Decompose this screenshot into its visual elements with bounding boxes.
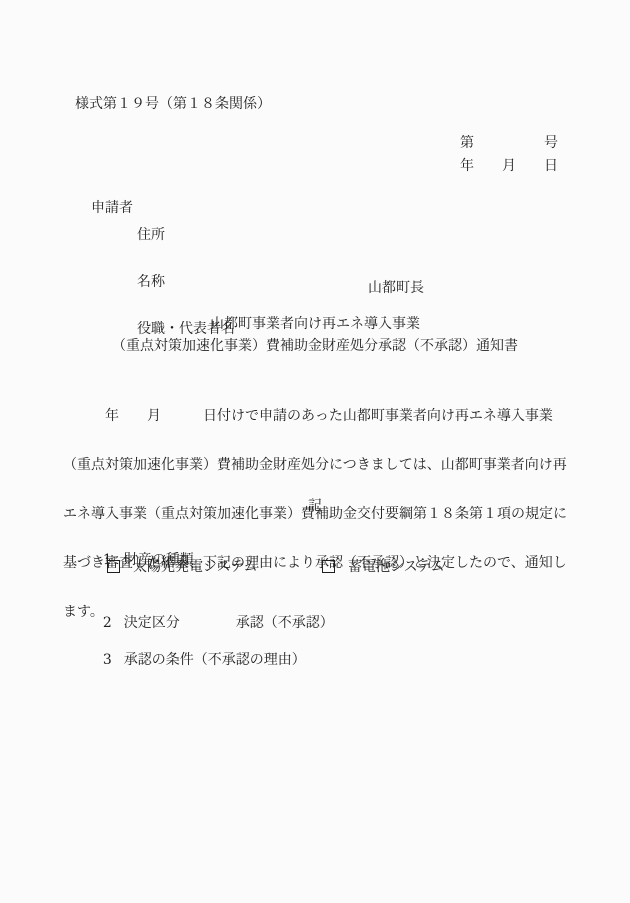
checkbox-solar-icon[interactable] — [107, 560, 120, 573]
option-battery: 蓄電池システム — [322, 559, 445, 575]
option-solar-label: 太陽光発電システム — [133, 559, 258, 575]
item-approval-conditions: 3承認の条件（不承認の理由） — [85, 639, 306, 681]
item-label: 決定区分 — [124, 615, 180, 631]
checkbox-battery-icon[interactable] — [322, 560, 335, 573]
item-number: 2 — [103, 615, 112, 631]
item-label: 承認の条件（不承認の理由） — [124, 652, 306, 668]
document-page: 様式第１９号（第１８条関係） 第 号 年 月 日 申請者 住所 名称 役職・代表… — [0, 0, 630, 903]
body-line: （重点対策加速化事業）費補助金財産処分につきましては、山都町事業者向け再 — [63, 455, 570, 476]
addressee: 山都町長 — [368, 281, 424, 295]
document-title-line1: 山都町事業者向け再エネ導入事業 — [0, 317, 630, 331]
decision-value: 承認（不承認） — [236, 615, 334, 631]
applicant-field-address: 住所 — [137, 226, 235, 245]
item-number: 3 — [103, 652, 112, 668]
body-line: 年 月 日付けで申請のあった山都町事業者向け再エネ導入事業 — [63, 406, 570, 427]
option-battery-label: 蓄電池システム — [348, 559, 445, 575]
option-solar: 太陽光発電システム — [107, 559, 258, 575]
ki-marker: 記 — [0, 499, 630, 513]
applicant-label: 申請者 — [91, 201, 133, 215]
doc-number-line: 第 号 — [460, 136, 558, 150]
document-title-line2: （重点対策加速化事業）費補助金財産処分承認（不承認）通知書 — [0, 339, 630, 353]
item-decision-category: 2決定区分承認（不承認） — [85, 602, 334, 644]
applicant-field-name: 名称 — [137, 273, 235, 292]
form-number: 様式第１９号（第１８条関係） — [75, 97, 271, 111]
date-line: 年 月 日 — [460, 159, 558, 173]
